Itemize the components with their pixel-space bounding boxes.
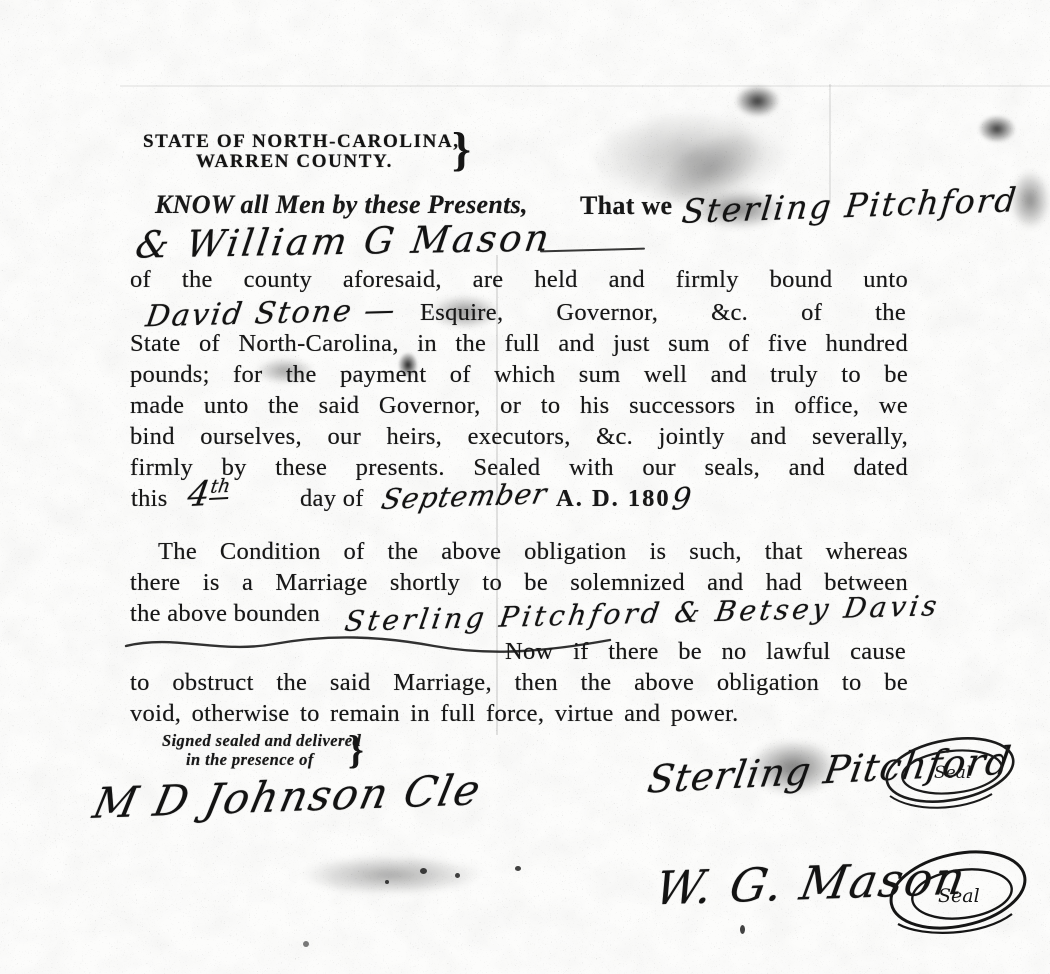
date-ad-printed: A. D. 180 [556, 486, 671, 513]
principal-seal-scribble: Seal [872, 724, 1022, 816]
condition-line: The Condition of the above obligation is… [130, 539, 908, 566]
pen-flourish-line [540, 248, 645, 253]
condition-line: to obstruct the said Marriage, then the … [130, 670, 908, 697]
condition-line: Now if there be no lawful cause [505, 639, 906, 666]
condition-line: void, otherwise to remain in full force,… [130, 701, 739, 728]
body-line: State of North-Carolina, in the full and… [130, 331, 908, 358]
date-words-day-of: day of [300, 486, 364, 513]
ink-blot [978, 115, 1016, 143]
attestation-line1: Signed sealed and delivered [162, 731, 361, 751]
surety-name-script: & William G Mason [133, 216, 555, 266]
header-brace: } [452, 122, 471, 177]
attestation-brace: } [348, 726, 364, 773]
ink-speck [515, 866, 521, 871]
ink-speck [385, 880, 389, 884]
fold-crease-horizontal-top [120, 85, 1050, 87]
ink-smudge [300, 855, 480, 895]
ink-speck [455, 873, 460, 878]
ink-speck [740, 925, 745, 934]
attestation-line2: in the presence of [186, 750, 314, 770]
body-line: Esquire, Governor, &c. of the [420, 300, 906, 327]
condition-line-bounden: the above bounden [130, 601, 320, 628]
body-line: made unto the said Governor, or to his s… [130, 393, 908, 420]
opening-printed-roman: That we [580, 192, 672, 221]
obligee-name-script: David Stone — [143, 293, 399, 335]
ink-blot [735, 85, 780, 117]
body-line: of the county aforesaid, are held and fi… [130, 267, 908, 294]
body-line: pounds; for the payment of which sum wel… [130, 362, 908, 389]
seal-label: Seal [938, 885, 980, 907]
ink-speck [303, 941, 309, 947]
date-month-script: September [379, 477, 551, 516]
date-word-this: this [131, 486, 168, 513]
seal-label: Seal [934, 763, 971, 783]
date-day-script: 4th [185, 473, 233, 516]
surety-seal-scribble: Seal [878, 840, 1038, 940]
state-line: STATE OF NORTH-CAROLINA, [143, 131, 460, 153]
day-suffix: th [209, 475, 232, 499]
witness-signature-script: M D Johnson Cle [89, 765, 487, 828]
ink-speck [420, 868, 427, 874]
date-year-suffix-script: 9 [670, 481, 693, 518]
scanned-document: STATE OF NORTH-CAROLINA, WARREN COUNTY. … [0, 0, 1050, 974]
opening-printed-italic: KNOW all Men by these Presents, [155, 191, 528, 220]
county-line: WARREN COUNTY. [196, 151, 393, 173]
body-line: bind ourselves, our heirs, executors, &c… [130, 424, 908, 451]
